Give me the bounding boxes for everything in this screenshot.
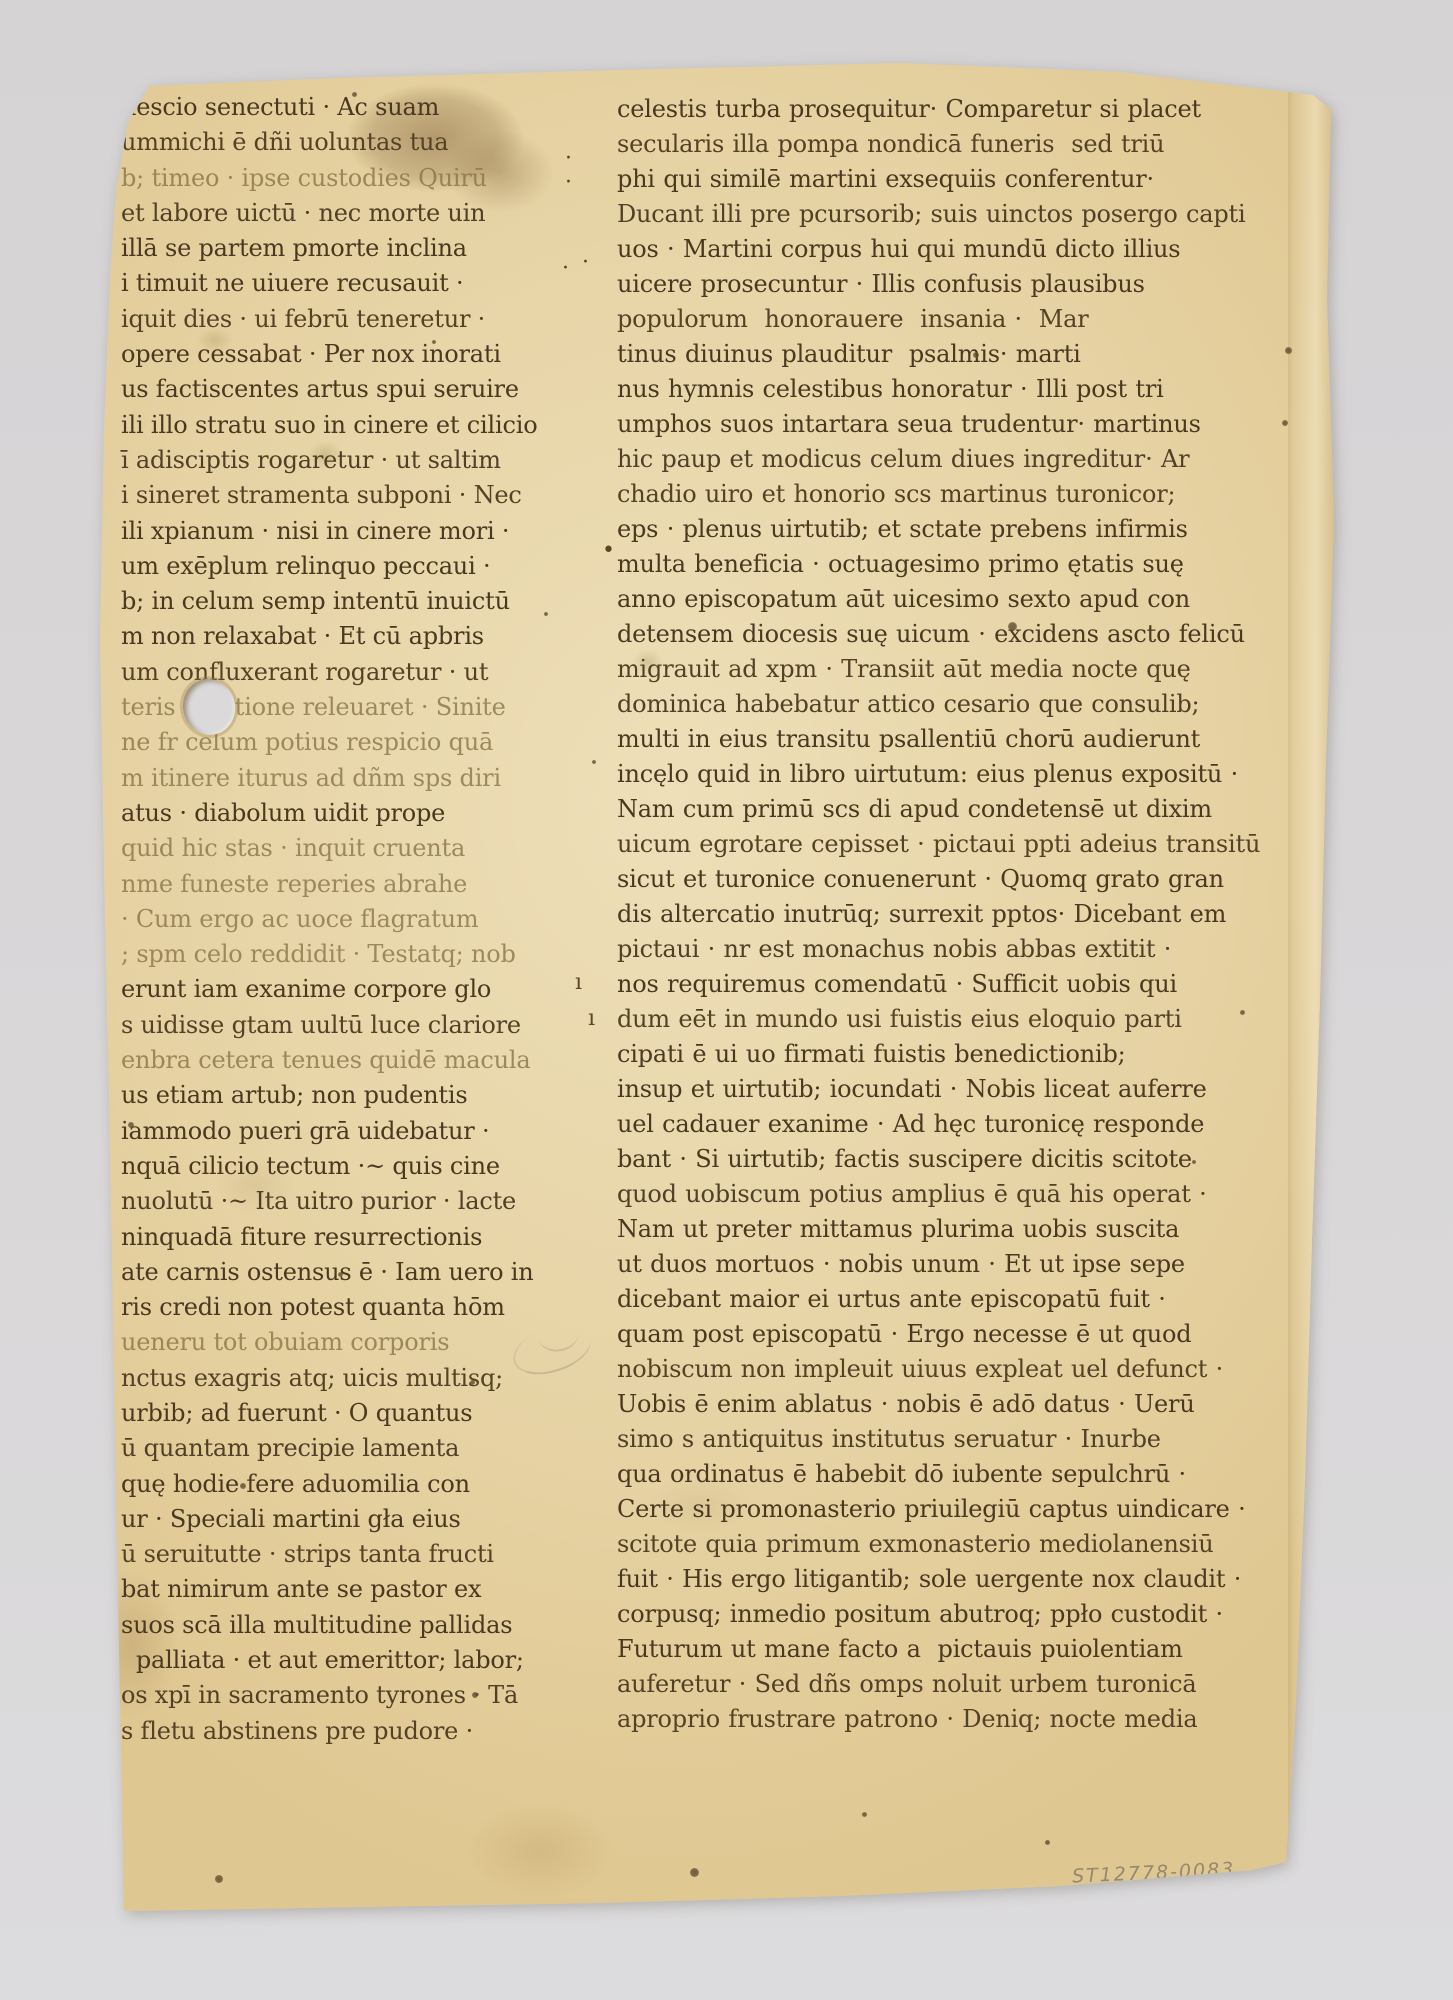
manuscript-text-line: opere cessabat · Per nox inorati [121, 337, 529, 372]
manuscript-text-line: bant · Si uirtutib; factis suscipere dic… [617, 1142, 1242, 1177]
manuscript-text-line: os xpī in sacramento tyrones · Tā [121, 1678, 529, 1713]
manuscript-text-line: cipati ē ui uo firmati fuistis benedicti… [617, 1037, 1242, 1072]
manuscript-text-line: us etiam artub; non pudentis [121, 1078, 529, 1113]
manuscript-text-line: chadio uiro et honorio scs martinus turo… [617, 477, 1242, 512]
ink-speck [1285, 347, 1292, 354]
ink-speck [1008, 622, 1017, 631]
manuscript-text-line: enbra cetera tenues quidē macula [121, 1043, 529, 1078]
manuscript-text-line: sicut et turonice conuenerunt · Quomq gr… [617, 862, 1242, 897]
manuscript-text-line: m itinere iturus ad dñm sps diri [121, 761, 529, 796]
manuscript-text-line: aproprio frustrare patrono · Deniq; noct… [617, 1702, 1242, 1737]
ink-speck [544, 612, 548, 616]
manuscript-text-line: uos · Martini corpus hui qui mundū dicto… [617, 232, 1242, 267]
manuscript-text-line: m non relaxabat · Et cū apbris [121, 619, 529, 654]
manuscript-text-line: phi qui similē martini exsequiis confere… [617, 162, 1242, 197]
manuscript-text-line: corpusq; inmedio positum abutroq; ppło c… [617, 1597, 1242, 1632]
manuscript-text-line: auferetur · Sed dñs omps noluit urbem tu… [617, 1667, 1242, 1702]
manuscript-text-line: et labore uictū · nec morte uin [121, 196, 529, 231]
manuscript-text-line: Futurum ut mane facto a pictauis puiolen… [617, 1632, 1242, 1667]
manuscript-text-line: b; in celum semp intentū inuictū [121, 584, 529, 619]
manuscript-text-line: ate carnis ostensus ē · Iam uero in [121, 1255, 529, 1290]
margin-mark: · [565, 148, 572, 170]
manuscript-text-line: tinus diuinus plauditur psalmis· marti [617, 337, 1242, 372]
manuscript-text-line: ; spm celo reddidit · Testatq; nob [121, 937, 529, 972]
margin-mark: · [562, 258, 569, 280]
manuscript-text-line: dominica habebatur attico cesario que co… [617, 687, 1242, 722]
manuscript-text-line: fuit · His ergo litigantib; sole uergent… [617, 1562, 1242, 1597]
manuscript-text-line: nus hymnis celestibus honoratur · Illi p… [617, 372, 1242, 407]
manuscript-text-line: illā se partem pmorte inclina [121, 231, 529, 266]
manuscript-text-line: ī adisciptis rogaretur · ut saltim [121, 443, 529, 478]
ink-speck [432, 340, 436, 344]
ink-speck [1192, 1160, 1196, 1164]
manuscript-text-line: celestis turba prosequitur· Comparetur s… [617, 92, 1242, 127]
manuscript-text-line: ili illo stratu suo in cinere et cilicio [121, 408, 529, 443]
ink-speck [862, 1812, 867, 1817]
ink-speck [472, 1692, 478, 1698]
ink-speck [470, 1380, 475, 1385]
manuscript-text-line: ū seruitutte · strips tanta fructi [121, 1537, 529, 1572]
manuscript-text-line: suos scā illa multitudine pallidas [121, 1608, 529, 1643]
ink-speck [973, 352, 979, 358]
manuscript-text-line: quod uobiscum potius amplius ē quā his o… [617, 1177, 1242, 1212]
manuscript-text-line: Nam cum primū scs di apud condetensē ut … [617, 792, 1242, 827]
manuscript-text-line: uicum egrotare cepisset · pictaui ppti a… [617, 827, 1242, 862]
manuscript-text-line: umphos suos intartara seua trudentur· ma… [617, 407, 1242, 442]
manuscript-text-line: Ducant illi pre pcursorib; suis uinctos … [617, 197, 1242, 232]
ink-speck [1282, 420, 1288, 426]
ink-speck [1045, 1840, 1050, 1845]
manuscript-text-line: eps · plenus uirtutib; et sctate prebens… [617, 512, 1242, 547]
text-column-left: nescio senectuti · Ac suamummichi ē dñi … [121, 90, 529, 1749]
manuscript-text-line: ili xpianum · nisi in cinere mori · [121, 514, 529, 549]
manuscript-text-line: iammodo pueri grā uidebatur · [121, 1114, 529, 1149]
manuscript-text-line: iquit dies · ui febrū teneretur · [121, 302, 529, 337]
manuscript-text-line: scitote quia primum exmonasterio mediola… [617, 1527, 1242, 1562]
manuscript-text-line: i timuit ne uiuere recusauit · [121, 266, 529, 301]
margin-mark: • [602, 540, 615, 562]
ink-speck [128, 1122, 134, 1128]
manuscript-text-line: b; timeo · ipse custodies Quirū [121, 161, 529, 196]
ink-speck [1240, 1010, 1245, 1015]
manuscript-text-line: quę hodie fere aduomilia con [121, 1467, 529, 1502]
manuscript-text-line: multa beneficia · octuagesimo primo ętat… [617, 547, 1242, 582]
manuscript-text-line: nctus exagris atq; uicis multisq; [121, 1361, 529, 1396]
manuscript-text-line: dicebant maior ei urtus ante episcopatū … [617, 1282, 1242, 1317]
parchment-leaf: nescio senectuti · Ac suamummichi ē dñi … [0, 0, 1453, 2000]
ink-speck [215, 1875, 223, 1883]
ink-speck [240, 1483, 246, 1489]
parchment-wrap: nescio senectuti · Ac suamummichi ē dñi … [0, 0, 1453, 2000]
manuscript-text-line: incęlo quid in libro uirtutum: eius plen… [617, 757, 1242, 792]
pencil-inscription: ST12778-0083 [1072, 1858, 1236, 1887]
manuscript-text-line: erunt iam exanime corpore glo [121, 972, 529, 1007]
manuscript-text-line: nuolutū ·~ Ita uitro purior · lacte [121, 1184, 529, 1219]
manuscript-text-line: ummichi ē dñi uoluntas tua [121, 125, 529, 160]
manuscript-text-line: quam post episcopatū · Ergo necesse ē ut… [617, 1317, 1242, 1352]
ink-speck [352, 92, 357, 97]
margin-mark: · [565, 172, 572, 194]
manuscript-text-line: detensem diocesis suę uicum · excidens a… [617, 617, 1242, 652]
manuscript-text-line: nescio senectuti · Ac suam [121, 90, 529, 125]
manuscript-text-line: hic paup et modicus celum diues ingredit… [617, 442, 1242, 477]
manuscript-text-line: i sineret stramenta subponi · Nec [121, 478, 529, 513]
manuscript-text-line: ut duos mortuos · nobis unum · Et ut ips… [617, 1247, 1242, 1282]
manuscript-text-line: uel cadauer exanime · Ad hęc turonicę re… [617, 1107, 1242, 1142]
manuscript-text-line: ris credi non potest quanta hōm [121, 1290, 529, 1325]
manuscript-text-line: Uobis ē enim ablatus · nobis ē adō datus… [617, 1387, 1242, 1422]
text-column-right: celestis turba prosequitur· Comparetur s… [617, 92, 1242, 1737]
manuscript-text-line: nos requiremus comendatū · Sufficit uobi… [617, 967, 1242, 1002]
parchment-right-fold [1288, 80, 1338, 1876]
ink-speck [338, 1272, 343, 1277]
manuscript-text-line: bat nimirum ante se pastor ex [121, 1572, 529, 1607]
manuscript-text-line: · Cum ergo ac uoce flagratum [121, 902, 529, 937]
manuscript-text-line: palliata · et aut emerittor; labor; [121, 1643, 529, 1678]
manuscript-text-line: pictaui · nr est monachus nobis abbas ex… [617, 932, 1242, 967]
manuscript-text-line: quid hic stas · inquit cruenta [121, 831, 529, 866]
manuscript-text-line: us factiscentes artus spui seruire [121, 372, 529, 407]
manuscript-text-line: ur · Speciali martini gła eius [121, 1502, 529, 1537]
manuscript-text-line: s uidisse gtam uultū luce clariore [121, 1008, 529, 1043]
manuscript-text-line: ninquadā fiture resurrectionis [121, 1220, 529, 1255]
manuscript-text-line: migrauit ad xpm · Transiit aūt media noc… [617, 652, 1242, 687]
manuscript-text-line: uicere prosecuntur · Illis confusis plau… [617, 267, 1242, 302]
manuscript-text-line: Nam ut preter mittamus plurima uobis sus… [617, 1212, 1242, 1247]
margin-mark: · [582, 252, 589, 274]
manuscript-text-line: urbib; ad fuerunt · O quantus [121, 1396, 529, 1431]
manuscript-text-line: um confluxerant rogaretur · ut [121, 655, 529, 690]
manuscript-text-line: atus · diabolum uidit prope [121, 796, 529, 831]
manuscript-text-line: ū quantam precipie lamenta [121, 1431, 529, 1466]
manuscript-text-line: ne fr celum potius respicio quā [121, 725, 529, 760]
manuscript-text-line: dis altercatio inutrūq; surrexit pptos· … [617, 897, 1242, 932]
manuscript-text-line: insup et uirtutib; iocundati · Nobis lic… [617, 1072, 1242, 1107]
ink-speck [690, 1868, 699, 1877]
ink-speck [592, 760, 596, 764]
manuscript-text-line: simo s antiquitus institutus seruatur · … [617, 1422, 1242, 1457]
margin-mark: ı [588, 1008, 595, 1030]
manuscript-text-line: nobiscum non impleuit uiuus expleat uel … [617, 1352, 1242, 1387]
photograph-background: nescio senectuti · Ac suamummichi ē dñi … [0, 0, 1453, 2000]
manuscript-text-line: nme funeste reperies abrahe [121, 867, 529, 902]
manuscript-text-line: dum eēt in mundo usi fuistis eius eloqui… [617, 1002, 1242, 1037]
manuscript-text-line: anno episcopatum aūt uicesimo sexto apud… [617, 582, 1242, 617]
manuscript-text-line: ueneru tot obuiam corporis [121, 1325, 529, 1360]
manuscript-text-line: populorum honorauere insania · Mar [617, 302, 1242, 337]
manuscript-text-line: multi in eius transitu psallentiū chorū … [617, 722, 1242, 757]
manuscript-text-line: Certe si promonasterio priuilegiū captus… [617, 1492, 1242, 1527]
manuscript-text-line: s fletu abstinens pre pudore · [121, 1714, 529, 1749]
manuscript-text-line: nquā cilicio tectum ·~ quis cine [121, 1149, 529, 1184]
manuscript-text-line: um exēplum relinquo peccaui · [121, 549, 529, 584]
manuscript-text-line: qua ordinatus ē habebit dō iubente sepul… [617, 1457, 1242, 1492]
margin-mark: ı [575, 972, 582, 994]
manuscript-text-line: secularis illa pompa nondicā funeris sed… [617, 127, 1242, 162]
